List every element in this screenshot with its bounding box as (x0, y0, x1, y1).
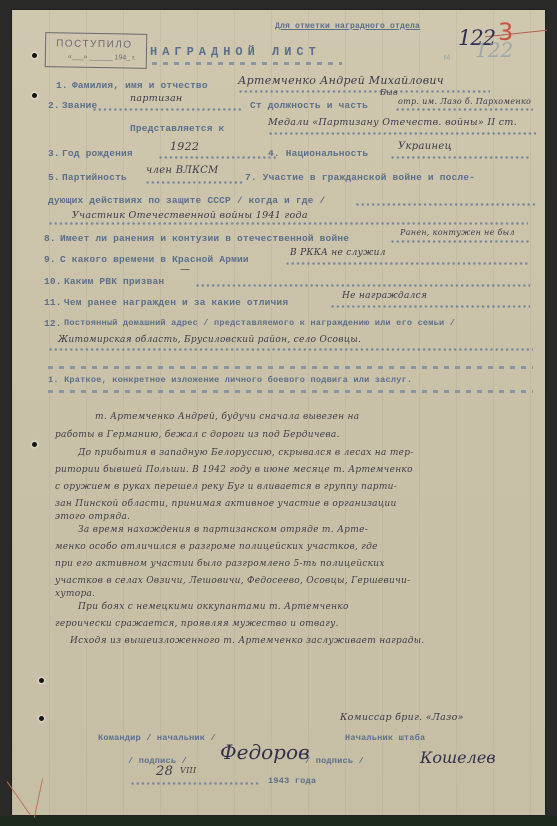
section-divider-bottom (48, 390, 533, 393)
field-1-dotline (238, 90, 490, 93)
field-represented-value: Медали «Партизану Отечеств. войны» II ст… (268, 117, 517, 128)
commissar-title: Комиссар бриг. «Лазо» (340, 712, 464, 723)
field-4-value: Украинец (398, 141, 452, 152)
scanner-background (0, 816, 557, 826)
field-represented-dotline (268, 132, 536, 135)
chief-of-staff-title: Начальник штаба (345, 733, 425, 743)
field-2-value2-top: Быв (380, 88, 398, 97)
narrative-line: участков в селах Овзичи, Лешовичи, Федос… (55, 576, 411, 586)
field-12-value: Житомирская область, Брусиловский район,… (58, 335, 361, 345)
section-divider-top (48, 366, 533, 369)
field-7-dotline2 (48, 222, 528, 225)
narrative-line: работы в Германию, бежал с дороги из под… (55, 430, 340, 440)
narrative-line: героически сражается, проявляя мужество … (55, 619, 339, 629)
narrative-line: хутора. (55, 589, 95, 599)
commander-title: Командир / начальник / (98, 733, 216, 743)
narrative-line: этого отряда. (55, 512, 130, 522)
field-7-dotline (355, 203, 535, 206)
field-4-label: 4. Национальность (268, 148, 368, 159)
field-5-value: член ВЛКСМ (146, 165, 219, 176)
narrative-line: зан Пинской области, принимая активное у… (55, 499, 397, 509)
field-7-label-cont: дующих действиях по защите СССР / когда … (48, 195, 325, 206)
field-12-number: 12. (44, 318, 62, 329)
field-1-value: Артемченко Андрей Михайлович (238, 74, 444, 87)
punch-hole (39, 678, 44, 683)
punch-hole (32, 93, 37, 98)
field-2-number: 2. (48, 100, 60, 111)
field-1-number: 1. (56, 80, 68, 91)
field-12-label: Постоянный домашний адрес / представляем… (64, 318, 455, 328)
field-7-value: Участник Отечественной войны 1941 года (72, 210, 308, 221)
field-9-dotline (285, 262, 530, 265)
narrative-line: При боях с немецкими оккупантами т. Арте… (78, 602, 349, 612)
date-year: 1943 года (268, 776, 316, 786)
punch-hole (39, 716, 44, 721)
field-9-label: С какого времени в Красной Армии (60, 254, 249, 265)
field-11-dotline (330, 305, 530, 308)
field-10-dotline (195, 284, 530, 287)
field-5-dotline (145, 181, 245, 184)
title-underline (152, 62, 342, 65)
field-11-label: Чем ранее награжден и за какие отличия (64, 297, 288, 308)
field-11-value: Не награждался (342, 291, 427, 301)
field-8-dotline (390, 240, 530, 243)
field-1-label: Фамилия, имя и отчество (72, 80, 208, 91)
field-10-label: Каким РВК призван (64, 276, 164, 287)
narrative-line: ритории бывшей Польши. В 1942 году в июн… (55, 465, 413, 475)
narrative-line: менко особо отличился в разгроме полицей… (55, 542, 378, 552)
section-heading: 1. Краткое, конкретное изложение личного… (48, 375, 412, 385)
archive-pencil-prefix: м (443, 52, 451, 63)
stamp-line2: «___» ______ 194_ г. (68, 54, 136, 62)
date-dotline (130, 782, 260, 785)
field-2-value: партизан (130, 93, 183, 104)
field-2-dotline2 (395, 108, 533, 111)
header-top-typed: Для отметки наградного отдела (275, 22, 420, 31)
narrative-line: Исходя из вышеизложенного т. Артемченко … (70, 636, 425, 646)
field-represented-label: Представляется к (130, 123, 224, 134)
field-5-number: 5. (48, 172, 60, 183)
date-day: 28 (156, 764, 173, 779)
field-8-value: Ранен, контужен не был (400, 228, 515, 237)
field-2-dotline (92, 108, 242, 111)
narrative-line: т. Артемченко Андрей, будучи сначала выв… (95, 412, 359, 422)
field-3-label: Год рождения (62, 148, 133, 159)
field-12-dotline (48, 348, 533, 351)
left-signature: Федоров (220, 740, 310, 764)
field-11-number: 11. (44, 297, 62, 308)
field-2-value2: отр. им. Лазо б. Пархоменко (398, 97, 531, 106)
field-3-dotline (158, 156, 278, 159)
archive-number-pencil: 122 (475, 38, 513, 62)
field-3-value: 1922 (170, 140, 199, 153)
field-5-label: Партийность (62, 172, 127, 183)
received-stamp: ПОСТУПИЛО «___» ______ 194_ г. (45, 32, 148, 69)
punch-hole (32, 442, 37, 447)
field-2-label2: Ст должность и часть (250, 100, 368, 111)
field-8-number: 8. (44, 233, 56, 244)
field-9-value: В РККА не служил (290, 248, 386, 258)
page-title: НАГРАДНОЙ ЛИСТ (150, 45, 321, 59)
field-4-dotline (390, 156, 530, 159)
date-month: VIII (180, 766, 196, 775)
narrative-line: До прибытия в западную Белоруссию, скрыв… (78, 448, 414, 458)
punch-hole (32, 53, 37, 58)
right-signature: Кошелев (420, 748, 496, 767)
field-10-number: 10. (44, 276, 62, 287)
narrative-line: За время нахождения в партизанском отряд… (78, 525, 368, 535)
field-8-label: Имеет ли ранения и контузии в отечествен… (60, 233, 349, 244)
narrative-line: при его активном участии было разгромлен… (55, 559, 385, 569)
field-3-number: 3. (48, 148, 60, 159)
right-signature-label: / подпись / (305, 756, 364, 766)
field-9-number: 9. (44, 254, 56, 265)
stamp-line1: ПОСТУПИЛО (56, 38, 133, 50)
field-7-label: 7. Участие в гражданской войне и после- (245, 172, 475, 183)
narrative-line: с оружием в руках перешел реку Буг и вли… (55, 482, 397, 492)
field-10-value: — (180, 264, 190, 275)
